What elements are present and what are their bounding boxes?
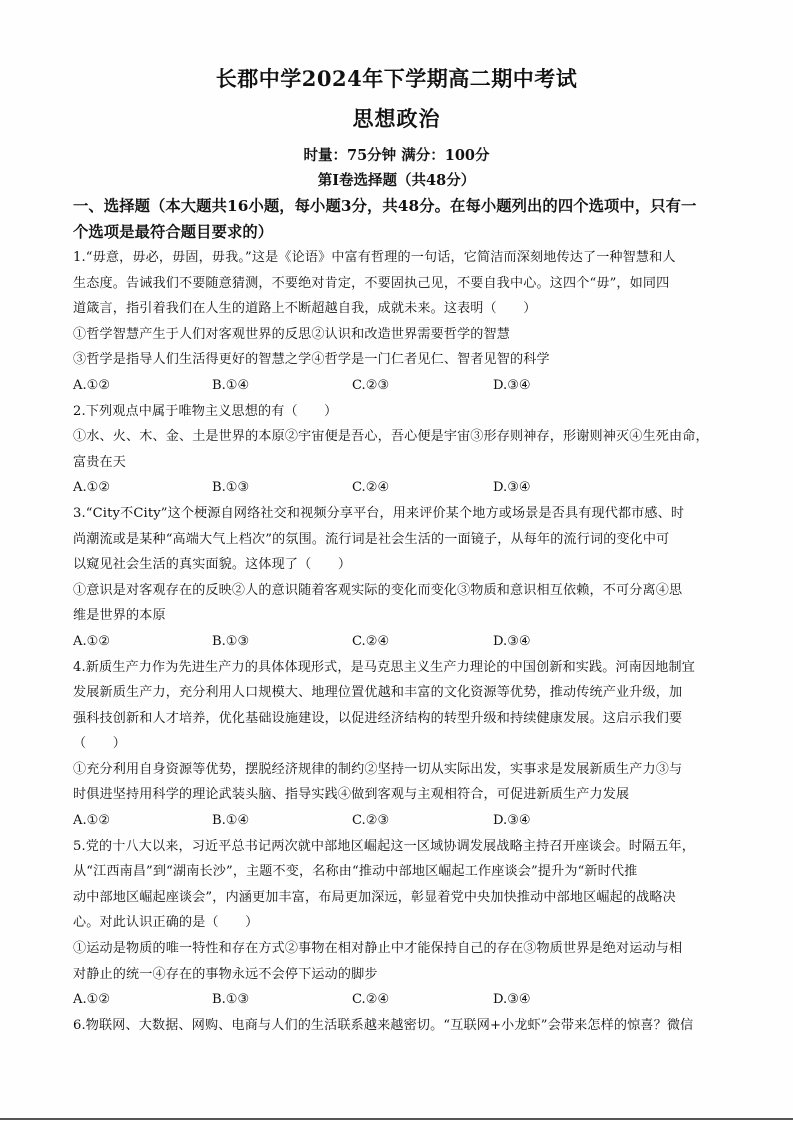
question-5: 5.党的十八大以来，习近平总书记两次就中部地区崛起这一区域协调发展战略主持召开座… — [73, 834, 723, 1013]
question-3: 3.“City不City”这个梗源自网络社交和视频分享平台，用来评价某个地方或场… — [73, 501, 723, 655]
option-b: B.①④ — [212, 808, 249, 834]
answer-options: A.①② B.①③ C.②④ D.③④ — [73, 629, 723, 655]
question-stem: 2.下列观点中属于唯物主义思想的有（ ） — [73, 399, 723, 425]
question-1: 1.“毋意，毋必，毋固，毋我。”这是《论语》中富有哲理的一句话，它简洁而深刻地传… — [73, 245, 723, 399]
question-stem: 5.党的十八大以来，习近平总书记两次就中部地区崛起这一区域协调发展战略主持召开座… — [73, 834, 723, 860]
question-stem: 心。对此认识正确的是（ ） — [73, 910, 723, 936]
question-stem: 道箴言，指引着我们在人生的道路上不断超越自我，成就未来。这表明（ ） — [73, 296, 723, 322]
question-stem: （ ） — [73, 731, 723, 757]
statement: 维是世界的本原 — [73, 603, 723, 629]
statement: ①意识是对客观存在的反映②人的意识随着客观实际的变化而变化③物质和意识相互依赖，… — [73, 578, 723, 604]
exam-info: 时量：75分钟 满分：100分 — [0, 144, 793, 165]
option-b: B.①③ — [212, 987, 249, 1013]
option-a: A.①② — [73, 629, 110, 655]
option-c: C.②④ — [352, 629, 389, 655]
option-a: A.①② — [73, 373, 110, 399]
page-bottom-border — [0, 1118, 793, 1120]
option-a: A.①② — [73, 987, 110, 1013]
exam-title: 长郡中学2024年下学期高二期中考试 — [0, 63, 793, 93]
question-stem: 生态度。告诫我们不要随意猜测，不要绝对肯定，不要固执己见，不要自我中心。这四个“… — [73, 271, 723, 297]
statement: 时俱进坚持用科学的理论武装头脑、指导实践④做到客观与主观相符合，可促进新质生产力… — [73, 782, 723, 808]
question-stem: 1.“毋意，毋必，毋固，毋我。”这是《论语》中富有哲理的一句话，它简洁而深刻地传… — [73, 245, 723, 271]
part-title: 第Ⅰ卷选择题（共48分） — [0, 169, 793, 190]
statement: ①哲学智慧产生于人们对客观世界的反思②认识和改造世界需要哲学的智慧 — [73, 322, 723, 348]
question-stem: 4.新质生产力作为先进生产力的具体体现形式，是马克思主义生产力理论的中国创新和实… — [73, 655, 723, 681]
question-stem: 尚潮流或是某种“高端大气上档次”的氛围。流行词是社会生活的一面镜子，从每年的流行… — [73, 527, 723, 553]
question-4: 4.新质生产力作为先进生产力的具体体现形式，是马克思主义生产力理论的中国创新和实… — [73, 655, 723, 834]
question-stem: 动中部地区崛起座谈会”，内涵更加丰富，布局更加深远，彰显着党中央加快推动中部地区… — [73, 885, 723, 911]
statement: ①运动是物质的唯一特性和存在方式②事物在相对静止中才能保持自己的存在③物质世界是… — [73, 936, 723, 962]
option-d: D.③④ — [493, 373, 531, 399]
option-d: D.③④ — [493, 808, 531, 834]
section-heading-cont: 个选项是最符合题目要求的） — [73, 219, 723, 245]
statement: ①充分利用自身资源等优势，摆脱经济规律的制约②坚持一切从实际出发，实事求是发展新… — [73, 757, 723, 783]
option-b: B.①③ — [212, 475, 249, 501]
question-stem: 发展新质生产力，充分利用人口规模大、地理位置优越和丰富的文化资源等优势，推动传统… — [73, 680, 723, 706]
option-c: C.②④ — [352, 987, 389, 1013]
section-heading: 一、选择题（本大题共16小题，每小题3分，共48分。在每小题列出的四个选项中，只… — [73, 193, 723, 219]
option-c: C.②④ — [352, 475, 389, 501]
answer-options: A.①② B.①③ C.②④ D.③④ — [73, 987, 723, 1013]
question-6: 6.物联网、大数据、网购、电商与人们的生活联系越来越密切。“互联网+小龙虾”会带… — [73, 1013, 723, 1039]
exam-content: 一、选择题（本大题共16小题，每小题3分，共48分。在每小题列出的四个选项中，只… — [73, 193, 723, 1038]
subject-title: 思想政治 — [0, 103, 793, 133]
question-stem: 3.“City不City”这个梗源自网络社交和视频分享平台，用来评价某个地方或场… — [73, 501, 723, 527]
answer-options: A.①② B.①③ C.②④ D.③④ — [73, 475, 723, 501]
question-stem: 6.物联网、大数据、网购、电商与人们的生活联系越来越密切。“互联网+小龙虾”会带… — [73, 1013, 723, 1039]
answer-options: A.①② B.①④ C.②③ D.③④ — [73, 808, 723, 834]
question-stem: 以窥见社会生活的真实面貌。这体现了（ ） — [73, 552, 723, 578]
question-2: 2.下列观点中属于唯物主义思想的有（ ） ①水、火、木、金、土是世界的本原②宇宙… — [73, 399, 723, 501]
option-d: D.③④ — [493, 475, 531, 501]
option-b: B.①③ — [212, 629, 249, 655]
statement: ①水、火、木、金、土是世界的本原②宇宙便是吾心，吾心便是宇宙③形存则神存，形谢则… — [73, 424, 723, 450]
option-a: A.①② — [73, 808, 110, 834]
question-stem: 强科技创新和人才培养，优化基础设施建设，以促进经济结构的转型升级和持续健康发展。… — [73, 706, 723, 732]
option-d: D.③④ — [493, 629, 531, 655]
answer-options: A.①② B.①④ C.②③ D.③④ — [73, 373, 723, 399]
statement: 对静止的统一④存在的事物永远不会停下运动的脚步 — [73, 962, 723, 988]
option-d: D.③④ — [493, 987, 531, 1013]
option-b: B.①④ — [212, 373, 249, 399]
option-c: C.②③ — [352, 373, 389, 399]
option-a: A.①② — [73, 475, 110, 501]
statement: ③哲学是指导人们生活得更好的智慧之学④哲学是一门仁者见仁、智者见智的科学 — [73, 347, 723, 373]
option-c: C.②③ — [352, 808, 389, 834]
statement: 富贵在天 — [73, 450, 723, 476]
question-stem: 从“江西南昌”到“湖南长沙”，主题不变，名称由“推动中部地区崛起工作座谈会”提升… — [73, 859, 723, 885]
exam-page: 长郡中学2024年下学期高二期中考试 思想政治 时量：75分钟 满分：100分 … — [0, 0, 793, 1120]
